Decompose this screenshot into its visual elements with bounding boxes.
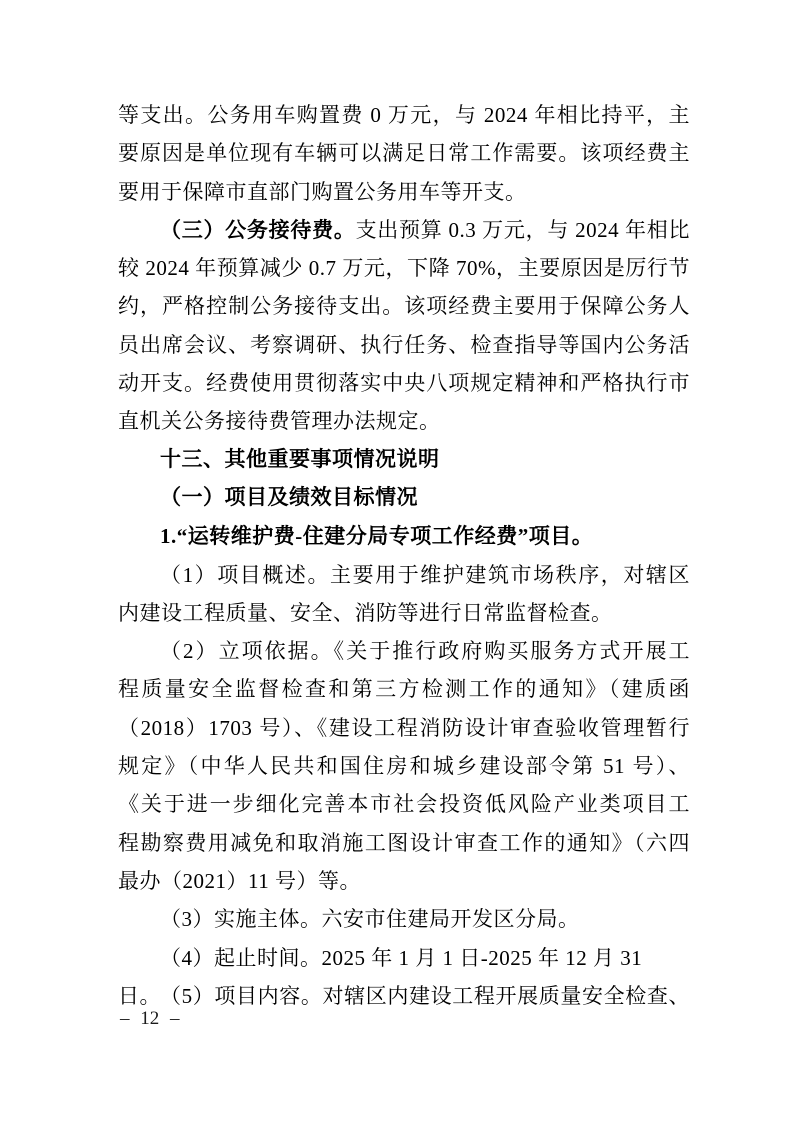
text-line: （1）项目概述。主要用于维护建筑市场秩序，对辖区	[118, 556, 690, 594]
page-footer: – 12 –	[120, 1008, 180, 1030]
text-line: 直机关公务接待费管理办法规定。	[118, 402, 690, 440]
text-line: 要原因是单位现有车辆可以满足日常工作需要。该项经费主	[118, 134, 690, 172]
page-number: – 12 –	[120, 1008, 180, 1029]
page: { "page": { "width": 793, "height": 1122…	[0, 0, 793, 1122]
document-body: 等支出。公务用车购置费 0 万元，与 2024 年相比持平，主要原因是单位现有车…	[118, 96, 690, 1015]
text-line: 《关于进一步细化完善本市社会投资低风险产业类项目工	[118, 785, 690, 823]
text-line: 内建设工程质量、安全、消防等进行日常监督检查。	[118, 594, 690, 632]
text-line: （2）立项依据。《关于推行政府购买服务方式开展工	[118, 632, 690, 670]
text-line: 员出席会议、考察调研、执行任务、检查指导等国内公务活	[118, 326, 690, 364]
text-line: 动开支。经费使用贯彻落实中央八项规定精神和严格执行市	[118, 364, 690, 402]
text-line: 要用于保障市直部门购置公务用车等开支。	[118, 173, 690, 211]
text-line: 最办（2021）11 号）等。	[118, 862, 690, 900]
text-line: （一）项目及绩效目标情况	[118, 479, 690, 517]
text-line: 较 2024 年预算减少 0.7 万元，下降 70%，主要原因是厉行节	[118, 249, 690, 287]
text-line: （2018）1703 号）、《建设工程消防设计审查验收管理暂行	[118, 709, 690, 747]
text-line: 程勘察费用减免和取消施工图设计审查工作的通知》（六四	[118, 824, 690, 862]
text-line: 规定》（中华人民共和国住房和城乡建设部令第 51 号）、	[118, 747, 690, 785]
text-line: 1.“运转维护费-住建分局专项工作经费”项目。	[118, 517, 690, 555]
text-line: 程质量安全监督检查和第三方检测工作的通知》（建质函	[118, 670, 690, 708]
text-line: （三）公务接待费。支出预算 0.3 万元，与 2024 年相比	[118, 211, 690, 249]
text-line: （3）实施主体。六安市住建局开发区分局。	[118, 900, 690, 938]
text-line: 等支出。公务用车购置费 0 万元，与 2024 年相比持平，主	[118, 96, 690, 134]
text-line: （4）起止时间。2025 年 1 月 1 日-2025 年 12 月 31 日。	[118, 939, 690, 977]
bold-lead: （三）公务接待费。	[160, 218, 356, 242]
text-line: 十三、其他重要事项情况说明	[118, 441, 690, 479]
text-line: （5）项目内容。对辖区内建设工程开展质量安全检查、	[118, 977, 690, 1015]
text-line: 约，严格控制公务接待支出。该项经费主要用于保障公务人	[118, 287, 690, 325]
